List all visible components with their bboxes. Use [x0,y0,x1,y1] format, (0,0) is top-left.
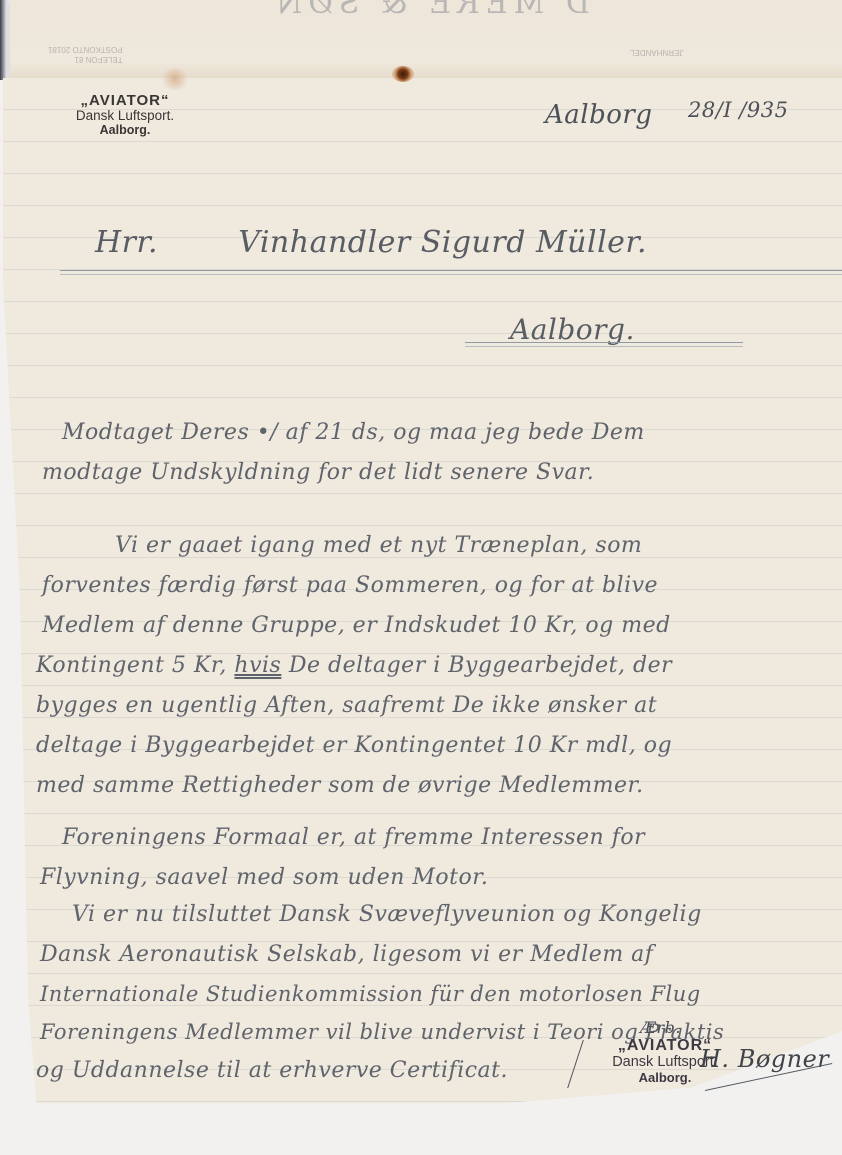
place: Aalborg [545,100,652,130]
body-line: Flyvning, saavel med som uden Motor. [40,865,488,890]
scan-background-edge [0,0,10,80]
letterhead-stamp: „AVIATOR“ Dansk Luftsport. Aalborg. [50,93,200,138]
body-line: forventes færdig først paa Sommeren, og … [42,573,658,598]
recipient-name: Vinhandler Sigurd Müller. [238,225,647,260]
letterhead-org: „AVIATOR“ [50,93,200,108]
recipient-city-underline [465,342,743,347]
underlined-word: hvis [234,653,281,678]
body-text: Kontingent 5 Kr, [36,653,234,678]
recipient-line: Hrr. Vinhandler Sigurd Müller. [95,225,647,260]
body-line: Medlem af denne Gruppe, er Indskudet 10 … [42,613,671,638]
body-line: deltage i Byggearbejdet er Kontingentet … [36,733,672,758]
back-sheet-letterhead: D MERE & SØN TELEFON 81 POSTKONTO 20181 … [10,0,842,79]
mirrored-heading: D MERE & SØN [220,0,640,21]
mirrored-business-type: JERNHANDEL [630,47,683,57]
body-text: De deltager i Byggearbejdet, der [281,653,672,678]
body-line: Vi er gaaet igang med et nyt Træneplan, … [115,533,642,558]
place-date: Aalborg 28/I /935 [545,100,788,130]
date: 28/I /935 [688,98,788,122]
mirrored-contact-info: TELEFON 81 POSTKONTO 20181 [48,44,123,64]
body-line: Dansk Aeronautisk Selskab, ligesom vi er… [40,942,653,967]
burn-hole [392,66,414,82]
body-line: Vi er nu tilsluttet Dansk Svæveflyveunio… [72,902,702,927]
body-line: bygges en ugentlig Aften, saafremt De ik… [36,693,657,718]
signature: H. Bøgner [700,1045,829,1073]
salutation: Hrr. [95,225,158,260]
rust-stain [160,68,190,90]
recipient-underline [60,270,842,275]
letterhead-city: Aalborg. [50,123,200,138]
body-line: Modtaget Deres •/ af 21 ds, og maa jeg b… [62,420,645,445]
body-line: og Uddannelse til at erhverve Certificat… [36,1058,508,1083]
body-line: modtage Undskyldning for det lidt senere… [42,460,594,485]
body-line: med samme Rettigheder som de øvrige Medl… [36,773,644,798]
letterhead-subtitle: Dansk Luftsport. [50,108,200,123]
body-line: Kontingent 5 Kr, hvis De deltager i Bygg… [36,653,672,678]
body-line: Foreningens Formaal er, at fremme Intere… [62,825,645,850]
closing-prefix: Ærb. [640,1018,681,1037]
body-line: Internationale Studienkommission für den… [40,982,701,1006]
